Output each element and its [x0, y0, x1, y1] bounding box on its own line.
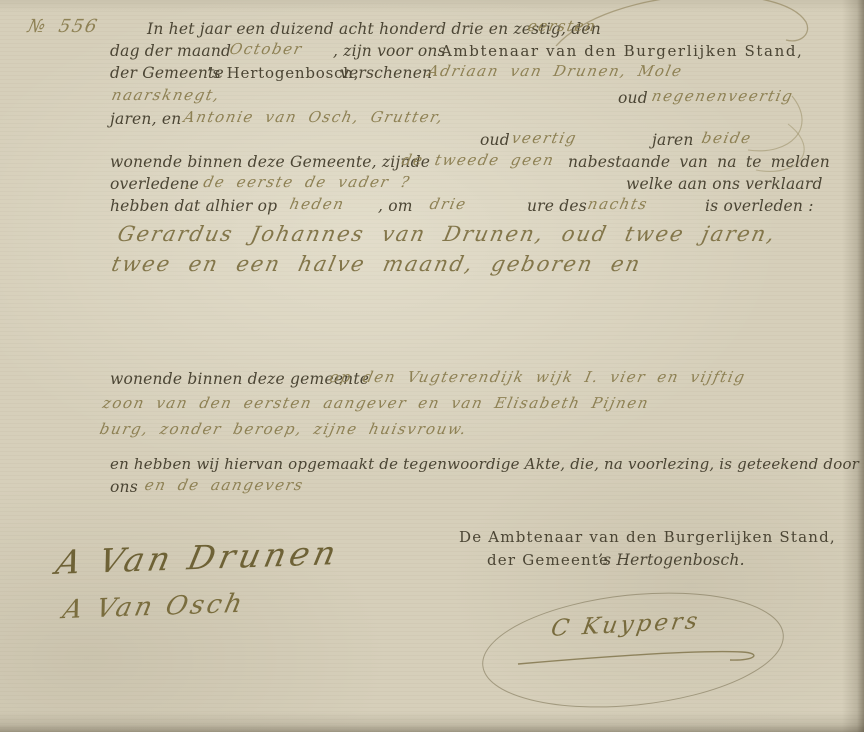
line9-printed-a: hebben dat alhier op — [110, 197, 277, 215]
witness1-signature: A Van Drunen — [53, 533, 344, 582]
line5-printed: jaren, en — [110, 110, 181, 128]
line9-handwritten-nachts: nachts — [586, 195, 650, 213]
line8-handwritten: , de eerste de vader ? — [184, 173, 412, 191]
line9-printed-d: is overleden : — [705, 197, 814, 215]
line9-handwritten-heden: heden — [288, 195, 347, 213]
line4-printed-oud: oud — [618, 89, 648, 107]
closing-printed-a: en hebben wij hiervan opgemaakt de tegen… — [110, 455, 859, 473]
closing-printed-b: ons — [110, 478, 138, 496]
closing-handwritten: en de aangevers — [143, 476, 306, 494]
line3-handwritten-declarant1: Adriaan van Drunen, Mole — [426, 62, 684, 80]
deceased-name-line: Gerardus Johannes van Drunen, oud twee j… — [115, 222, 778, 246]
line9-handwritten-hour: drie — [428, 195, 469, 213]
deceased-age-line: twee en een halve maand, geboren en — [109, 252, 643, 276]
death-certificate-document: № 556 In het jaar een duizend acht honde… — [0, 0, 864, 732]
line5-handwritten-declarant2: Antonie van Osch, Grutter, — [182, 108, 446, 126]
line6-printed-jaren: jaren — [652, 131, 694, 149]
line8-printed-b: welke aan ons verklaard — [626, 175, 823, 193]
line7-handwritten: de tweede geen — [400, 151, 556, 169]
line3-printed-b: ’s Hertogenbosch, — [207, 64, 359, 82]
line2-printed-c: Ambtenaar van den Burgerlijken Stand, — [441, 42, 803, 60]
line6-handwritten-age2: veertig — [510, 129, 579, 147]
line7-printed-a: wonende binnen deze Gemeente, zijnde — [110, 153, 430, 171]
official-title-line1: De Ambtenaar van den Burgerlijken Stand, — [459, 528, 836, 546]
residence-handwritten-parents: zoon van den eersten aangever en van Eli… — [101, 394, 651, 412]
line2-printed-b: , zijn voor ons — [333, 42, 446, 60]
official-signature: C Kuypers — [549, 608, 702, 642]
line3-printed-c: verschenen — [340, 64, 432, 82]
line4-handwritten-occupation: naarsknegt, — [110, 86, 222, 104]
residence-handwritten-address: op den Vugterendijk wijk I. vier en vijf… — [328, 368, 747, 386]
act-number: № 556 — [26, 16, 101, 37]
line2-handwritten-month: October — [228, 40, 304, 58]
line9-printed-b: , om — [378, 197, 413, 215]
official-signature-oval — [477, 580, 789, 721]
line6-handwritten-beide: beide — [700, 129, 754, 147]
line2-printed-a: dag der maand — [110, 42, 231, 60]
line9-printed-c: ure des — [527, 197, 587, 215]
official-title-line2b: ’s Hertogenbosch. — [598, 551, 745, 569]
residence-handwritten-mother: burg, zonder beroep, zijne huisvrouw. — [98, 420, 469, 438]
line1-handwritten-day: eersten — [526, 17, 598, 35]
official-signature-flourish — [518, 652, 754, 664]
witness2-signature: A Van Osch — [60, 589, 248, 625]
official-title-line2a: der Gemeente — [487, 551, 609, 569]
line6-printed-oud: oud — [480, 131, 510, 149]
line7-printed-b: nabestaande van na te melden — [568, 153, 830, 171]
line4-handwritten-age1: negenenveertig — [650, 87, 795, 105]
